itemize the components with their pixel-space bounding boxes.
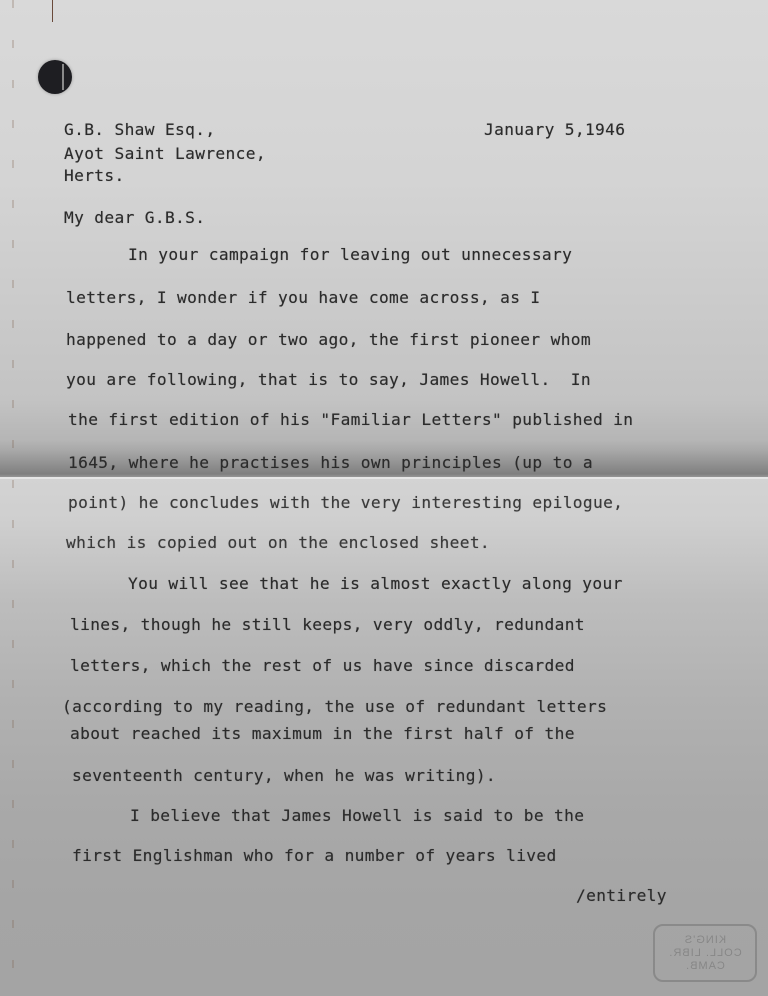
recipient-line-3: Herts. — [64, 166, 125, 185]
paper-edge-marks — [12, 0, 14, 996]
continuation-word: /entirely — [576, 886, 667, 905]
body-line: lines, though he still keeps, very oddly… — [70, 615, 585, 634]
body-line: letters, which the rest of us have since… — [70, 656, 575, 675]
body-line: happened to a day or two ago, the first … — [66, 330, 591, 349]
body-line: point) he concludes with the very intere… — [68, 493, 623, 512]
body-line: (according to my reading, the use of red… — [62, 697, 607, 716]
recipient-line-2: Ayot Saint Lawrence, — [64, 144, 266, 163]
body-line: letters, I wonder if you have come acros… — [66, 288, 541, 307]
body-line: seventeenth century, when he was writing… — [72, 766, 496, 785]
body-line: You will see that he is almost exactly a… — [128, 574, 623, 593]
body-line: In your campaign for leaving out unneces… — [128, 245, 572, 264]
stamp-line-2: COLL. LIBR. — [668, 947, 741, 960]
body-line: 1645, where he practises his own princip… — [68, 453, 593, 472]
letter-page: G.B. Shaw Esq., January 5,1946 Ayot Sain… — [0, 0, 768, 996]
recipient-line-1: G.B. Shaw Esq., — [64, 120, 215, 139]
body-line: first Englishman who for a number of yea… — [72, 846, 557, 865]
stamp-line-3: CAMB. — [685, 960, 725, 973]
body-line: I believe that James Howell is said to b… — [130, 806, 584, 825]
paper-edge-tick — [52, 0, 53, 22]
library-stamp-bleedthrough: KING'S COLL. LIBR. CAMB. — [653, 924, 757, 982]
stamp-line-1: KING'S — [684, 934, 726, 947]
salutation: My dear G.B.S. — [64, 208, 205, 227]
body-line: you are following, that is to say, James… — [66, 370, 591, 389]
letter-date: January 5,1946 — [484, 120, 625, 139]
punch-hole — [38, 60, 72, 94]
fold-line — [0, 477, 768, 479]
body-line: the first edition of his "Familiar Lette… — [68, 410, 633, 429]
body-line: about reached its maximum in the first h… — [70, 724, 575, 743]
body-line: which is copied out on the enclosed shee… — [66, 533, 490, 552]
